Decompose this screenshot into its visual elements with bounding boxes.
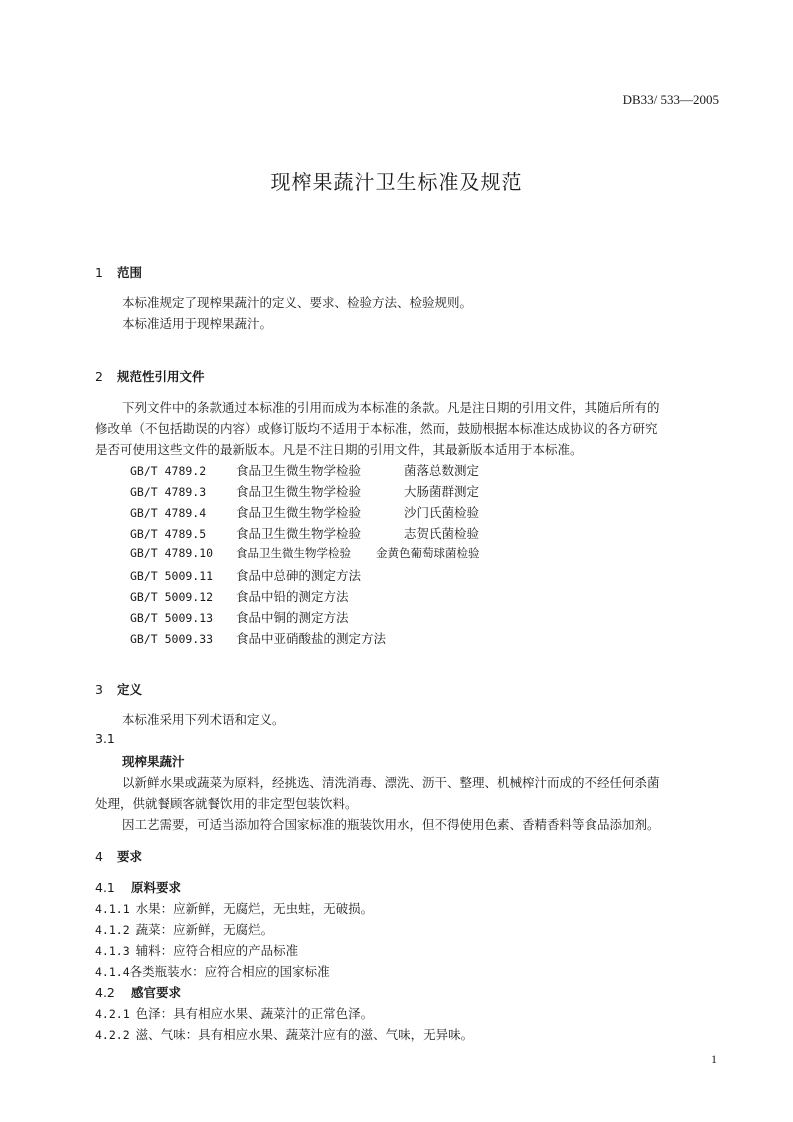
reference-code: GB/T 4789.10 <box>130 546 236 560</box>
requirement-item: 4.1.3辅料：应符合相应的产品标准 <box>95 941 298 959</box>
subsection-number: 4.2 <box>95 985 131 1000</box>
term: 现榨果蔬汁 <box>122 752 185 770</box>
reference-code: GB/T 4789.5 <box>130 527 236 541</box>
item-text: 蔬菜：应新鲜，无腐烂。 <box>136 922 274 937</box>
clause-number: 3.1 <box>95 731 115 746</box>
reference-subtitle: 菌落总数测定 <box>404 461 479 479</box>
item-number: 4.2.1 <box>95 1007 130 1021</box>
section-title: 规范性引用文件 <box>117 369 205 384</box>
subsection-4-1-heading: 4.1原料要求 <box>95 878 181 896</box>
reference-item: GB/T 5009.33食品中亚硝酸盐的测定方法 <box>130 629 404 647</box>
reference-item: GB/T 4789.10食品卫生微生物学检验金黄色葡萄球菌检验 <box>130 545 480 561</box>
reference-title: 食品卫生微生物学检验 <box>236 461 404 479</box>
subsection-title: 感官要求 <box>131 985 181 1000</box>
item-number: 4.1.3 <box>95 944 130 958</box>
reference-title: 食品卫生微生物学检验 <box>236 545 376 561</box>
section-title: 范围 <box>117 265 142 280</box>
reference-subtitle: 金黄色葡萄球菌检验 <box>376 545 480 561</box>
reference-item: GB/T 5009.12食品中铅的测定方法 <box>130 587 404 605</box>
reference-code: GB/T 5009.12 <box>130 590 236 604</box>
paragraph: 本标准适用于现榨果蔬汁。 <box>122 314 272 332</box>
reference-subtitle: 沙门氏菌检验 <box>404 503 479 521</box>
item-number: 4.1.4 <box>95 965 130 979</box>
section-number: 4 <box>95 849 117 864</box>
section-1-heading: 1范围 <box>95 263 142 281</box>
item-number: 4.2.2 <box>95 1028 130 1042</box>
item-text: 水果：应新鲜，无腐烂，无虫蛀，无破损。 <box>136 901 374 916</box>
section-3-heading: 3定义 <box>95 680 142 698</box>
item-number: 4.1.2 <box>95 923 130 937</box>
requirement-item: 4.1.2蔬菜：应新鲜，无腐烂。 <box>95 920 273 938</box>
reference-subtitle: 大肠菌群测定 <box>404 482 479 500</box>
requirement-item: 4.1.4各类瓶装水：应符合相应的国家标准 <box>95 962 330 980</box>
section-number: 3 <box>95 682 117 697</box>
requirement-item: 4.1.1水果：应新鲜，无腐烂，无虫蛀，无破损。 <box>95 899 373 917</box>
reference-item: GB/T 4789.4食品卫生微生物学检验沙门氏菌检验 <box>130 503 479 521</box>
reference-item: GB/T 4789.2食品卫生微生物学检验菌落总数测定 <box>130 461 479 479</box>
document-title: 现榨果蔬汁卫生标准及规范 <box>0 166 793 195</box>
definition-line: 以新鲜水果或蔬菜为原料，经挑选、清洗消毒、漂洗、沥干、整理、机械榨汁而成的不经任… <box>122 773 660 791</box>
paragraph: 本标准采用下列术语和定义。 <box>122 710 285 728</box>
reference-item: GB/T 5009.11食品中总砷的测定方法 <box>130 566 404 584</box>
reference-title: 食品中铅的测定方法 <box>236 587 404 605</box>
item-text: 滋、气味：具有相应水果、蔬菜汁应有的滋、气味，无异味。 <box>136 1027 474 1042</box>
reference-code: GB/T 4789.4 <box>130 506 236 520</box>
reference-item: GB/T 4789.5食品卫生微生物学检验志贺氏菌检验 <box>130 524 479 542</box>
section-2-heading: 2规范性引用文件 <box>95 367 205 385</box>
item-text: 辅料：应符合相应的产品标准 <box>136 943 299 958</box>
note: 因工艺需要，可适当添加符合国家标准的瓶装饮用水，但不得使用色素、香精香料等食品添… <box>122 815 660 833</box>
reference-subtitle: 志贺氏菌检验 <box>404 524 479 542</box>
reference-code: GB/T 5009.11 <box>130 569 236 583</box>
section-title: 要求 <box>117 849 142 864</box>
reference-code: GB/T 4789.2 <box>130 464 236 478</box>
item-number: 4.1.1 <box>95 902 130 916</box>
item-text: 色泽：具有相应水果、蔬菜汁的正常色泽。 <box>136 1006 374 1021</box>
reference-title: 食品中总砷的测定方法 <box>236 566 404 584</box>
requirement-item: 4.2.2滋、气味：具有相应水果、蔬菜汁应有的滋、气味，无异味。 <box>95 1025 473 1043</box>
reference-item: GB/T 4789.3食品卫生微生物学检验大肠菌群测定 <box>130 482 479 500</box>
reference-item: GB/T 5009.13食品中铜的测定方法 <box>130 608 404 626</box>
item-text: 各类瓶装水：应符合相应的国家标准 <box>130 964 330 979</box>
reference-title: 食品中亚硝酸盐的测定方法 <box>236 629 404 647</box>
section-4-heading: 4要求 <box>95 847 142 865</box>
reference-code: GB/T 5009.33 <box>130 632 236 646</box>
reference-code: GB/T 4789.3 <box>130 485 236 499</box>
paragraph-line: 修改单（不包括勘误的内容）或修订版均不适用于本标准，然而，鼓励根据本标准达成协议… <box>95 419 658 437</box>
reference-title: 食品卫生微生物学检验 <box>236 482 404 500</box>
section-title: 定义 <box>117 682 142 697</box>
subsection-4-2-heading: 4.2感官要求 <box>95 983 181 1001</box>
requirement-item: 4.2.1色泽：具有相应水果、蔬菜汁的正常色泽。 <box>95 1004 373 1022</box>
paragraph-line: 是否可使用这些文件的最新版本。凡是不注日期的引用文件，其最新版本适用于本标准。 <box>95 440 583 458</box>
subsection-title: 原料要求 <box>131 880 181 895</box>
reference-code: GB/T 5009.13 <box>130 611 236 625</box>
document-code: DB33/ 533—2005 <box>623 92 719 108</box>
reference-title: 食品中铜的测定方法 <box>236 608 404 626</box>
definition-line: 处理，供就餐顾客就餐饮用的非定型包装饮料。 <box>95 794 358 812</box>
reference-title: 食品卫生微生物学检验 <box>236 524 404 542</box>
paragraph: 本标准规定了现榨果蔬汁的定义、要求、检验方法、检验规则。 <box>122 293 472 311</box>
reference-title: 食品卫生微生物学检验 <box>236 503 404 521</box>
section-number: 1 <box>95 265 117 280</box>
page-number: 1 <box>711 1052 717 1067</box>
section-number: 2 <box>95 369 117 384</box>
subsection-number: 4.1 <box>95 880 131 895</box>
paragraph-line: 下列文件中的条款通过本标准的引用而成为本标准的条款。凡是注日期的引用文件，其随后… <box>122 398 660 416</box>
